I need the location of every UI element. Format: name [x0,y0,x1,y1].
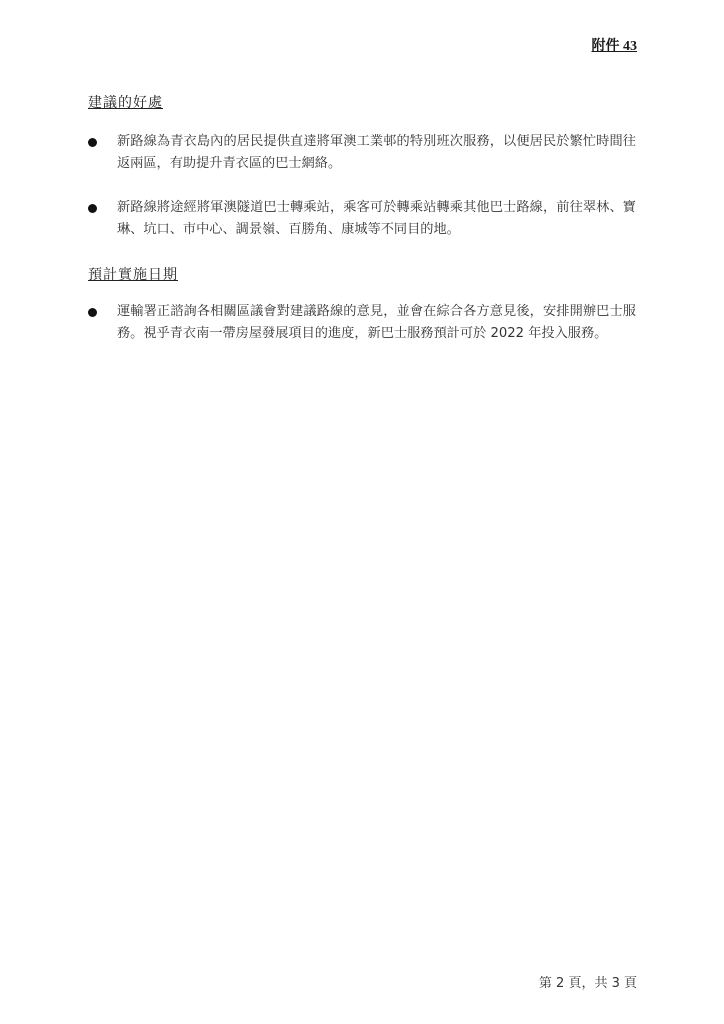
section-heading-implementation-date: 預計實施日期 [88,264,178,284]
page-indicator: 第 2 頁，共 3 頁 [539,972,637,991]
list-item-text: 運輸署正諮詢各相關區議會對建議路線的意見，並會在綜合各方意見後，安排開辦巴士服務… [117,301,636,345]
list-item: 新路線將途經將軍澳隧道巴士轉乘站，乘客可於轉乘站轉乘其他巴士路線，前往翠林、寶琳… [88,197,636,241]
list-item-text: 新路線為青衣島內的居民提供直達將軍澳工業邨的特別班次服務，以便居民於繁忙時間往返… [117,131,636,175]
bullet-icon [88,204,97,213]
annex-label: 附件 43 [592,35,638,55]
bullet-icon [88,308,97,317]
bullet-icon [88,138,97,147]
section-heading-benefits: 建議的好處 [88,92,163,112]
list-item-text: 新路線將途經將軍澳隧道巴士轉乘站，乘客可於轉乘站轉乘其他巴士路線，前往翠林、寶琳… [117,197,636,241]
list-item: 新路線為青衣島內的居民提供直達將軍澳工業邨的特別班次服務，以便居民於繁忙時間往返… [88,131,636,175]
list-item: 運輸署正諮詢各相關區議會對建議路線的意見，並會在綜合各方意見後，安排開辦巴士服務… [88,301,636,345]
